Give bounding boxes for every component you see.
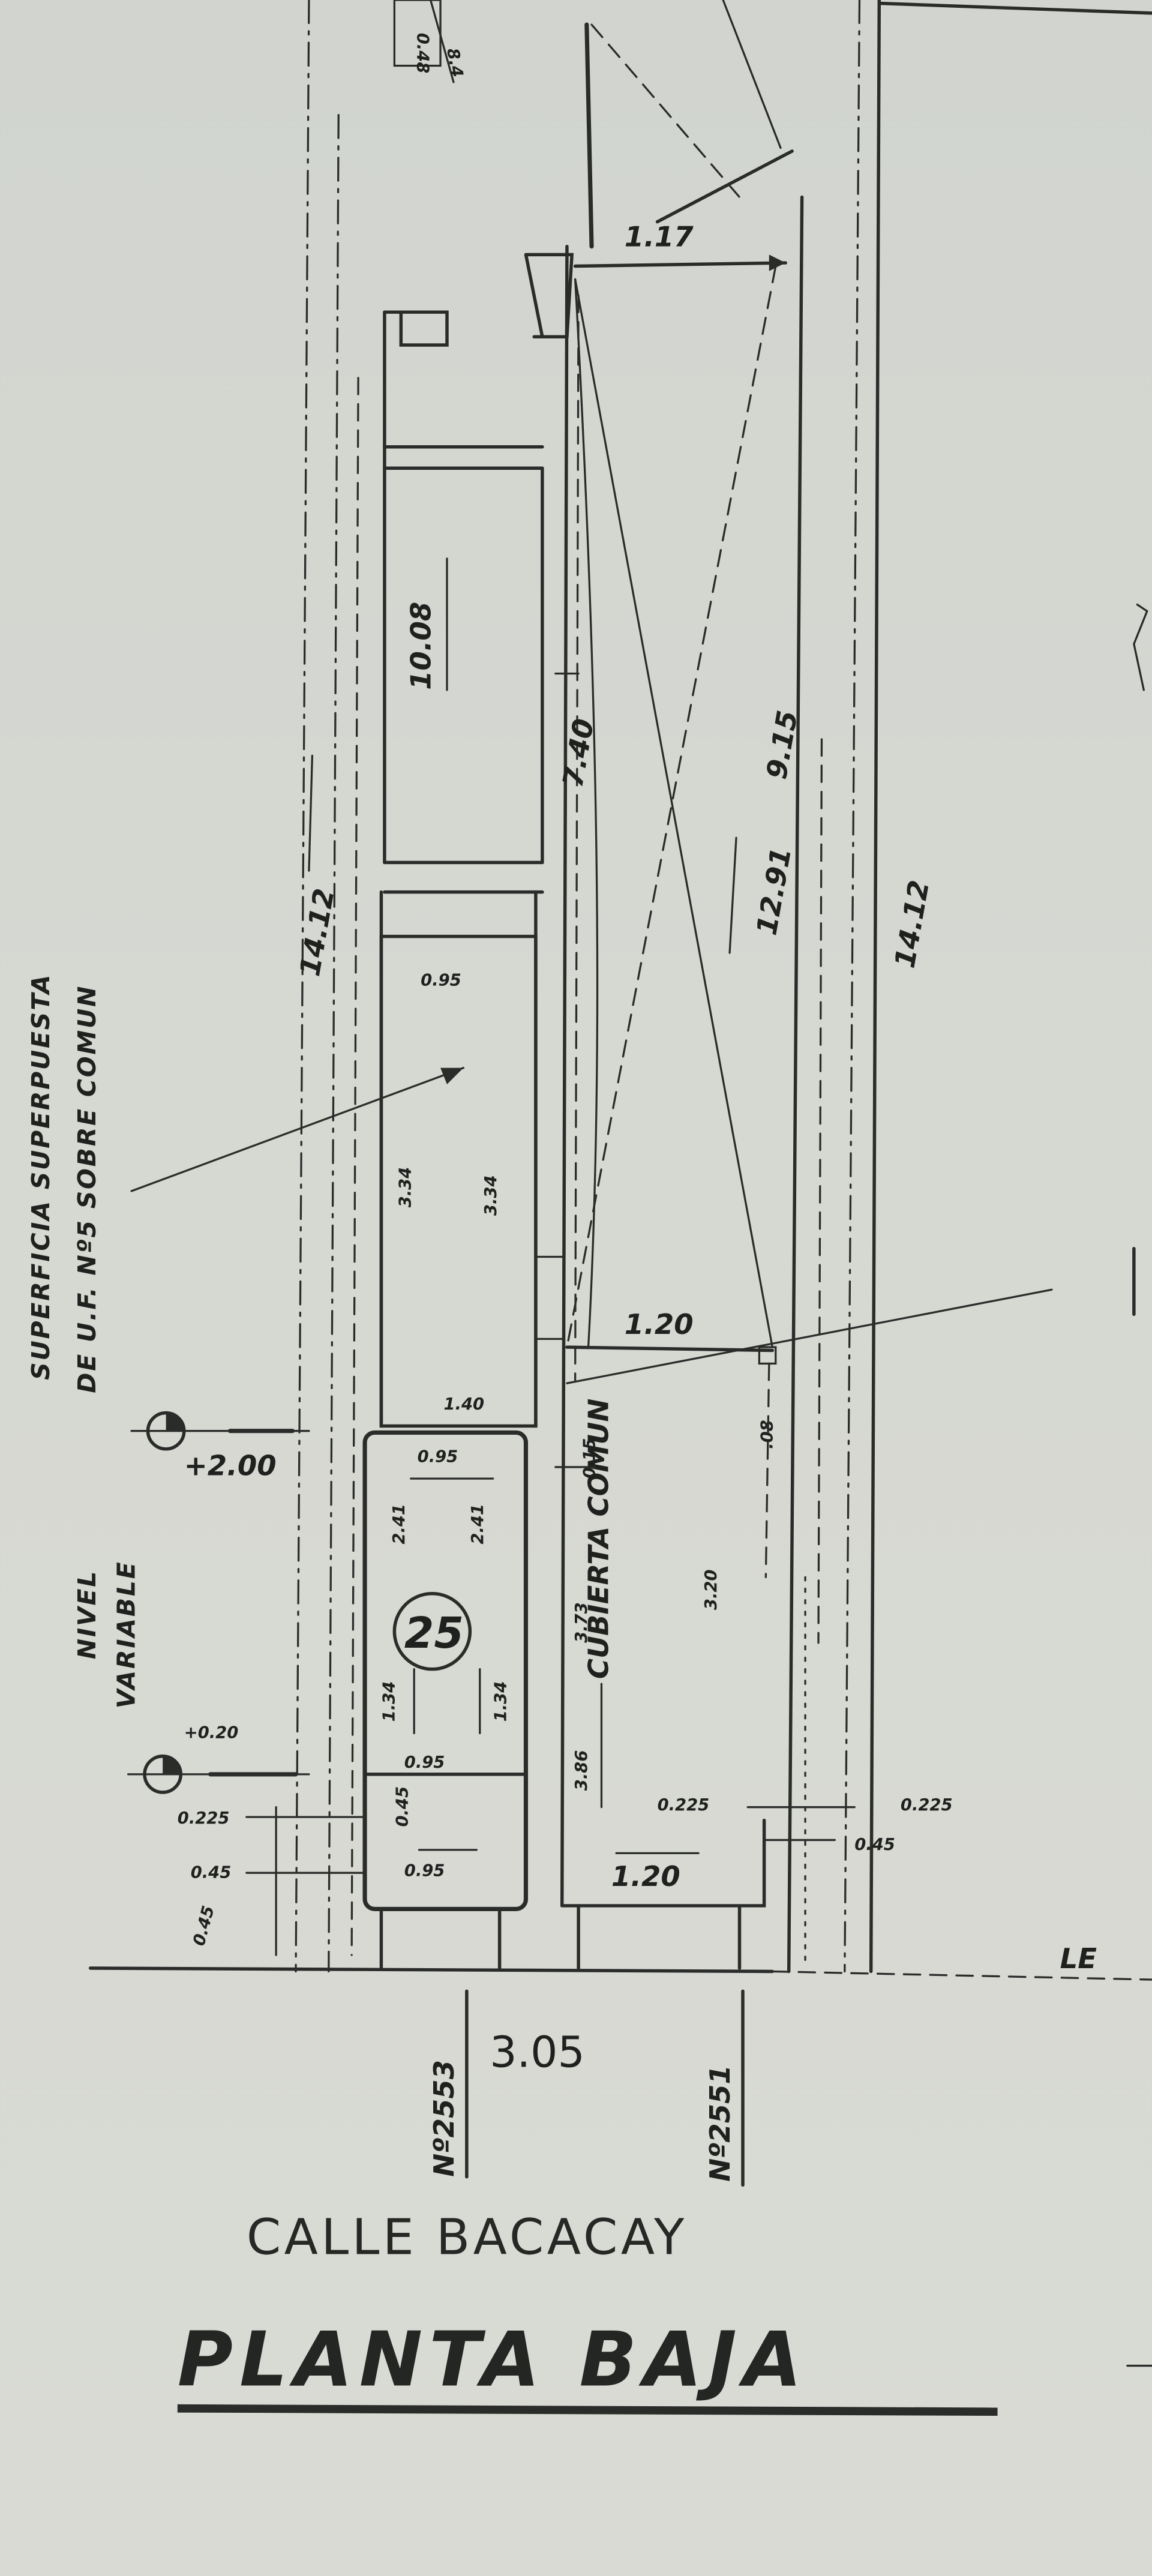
floor-plan-drawing: 0.48 8.4 1.17 10.08: [0, 0, 1152, 2576]
level-lower: +0.20: [184, 1724, 239, 1743]
unit-25: 0.95 2.41 2.41 25 1.34 1.34 0.95 0.45 0.…: [365, 1432, 526, 1968]
level-marker-upper: [131, 1413, 309, 1449]
superpuesta-note-line1: SUPERFICIA SUPERPUESTA: [26, 973, 55, 1380]
dim-hatched-left: 3.34: [397, 1167, 415, 1208]
street-frontage: Nº2553 3.05 Nº2551: [428, 1991, 743, 2185]
dim-right-045: 0.45: [854, 1836, 895, 1854]
level-marker-lower: [128, 1756, 309, 1792]
dim-room-length: 10.08: [405, 602, 437, 690]
dim-right-length: 14.12: [888, 878, 935, 970]
plan-title: PLANTA BAJA: [178, 2315, 808, 2403]
dim-top-rot: 8.4: [443, 47, 466, 79]
nivel-note-line2: VARIABLE: [112, 1561, 141, 1709]
hatched-area: 0.95 3.34 3.34 1.40: [381, 892, 563, 1426]
dim-frontage: 3.05: [490, 2027, 585, 2077]
dim-side-015: 0.15: [580, 1438, 599, 1479]
level-upper: +2.00: [184, 1450, 277, 1482]
street-name: CALLE BACACAY: [247, 2209, 688, 2266]
dim-unit-045: 0.45: [393, 1786, 412, 1827]
superpuesta-note-line2: DE U.F. Nº5 SOBRE COMUN: [73, 985, 101, 1393]
dim-right-0225a: 0.225: [658, 1796, 710, 1815]
dim-left-045: 0.45: [191, 1863, 232, 1882]
dim-top-width: 1.17: [625, 221, 694, 253]
dim-unit-bottom: 0.95: [404, 1753, 445, 1772]
title-underline: [178, 2409, 998, 2412]
property-boundaries: [91, 0, 1152, 1980]
street-number-2553: Nº2553: [428, 2060, 460, 2177]
dim-hatched-top: 0.95: [421, 971, 461, 990]
dim-diag-long: 12.91: [750, 845, 797, 937]
dim-hatched-bottom: 1.40: [444, 1395, 485, 1414]
dim-stair-width: 1.20: [625, 1308, 694, 1341]
dim-passage-length: 7.40: [556, 716, 600, 790]
dim-left-0225: 0.225: [178, 1809, 230, 1828]
unit-number: 25: [404, 1608, 464, 1658]
building-line-marker: LE: [1060, 1942, 1097, 1975]
dim-unit-bottom2: 0.95: [404, 1862, 445, 1881]
top-fragment: 0.48 8.4 1.17: [394, 0, 792, 337]
dim-top-box: 0.48: [413, 33, 432, 74]
common-passage: 7.40 12.91 9.15 1.20 .08 CUBIERTA COMUN …: [556, 247, 1052, 1968]
dim-mid-373: 3.73: [572, 1602, 591, 1643]
dim-right-320: 3.20: [702, 1570, 721, 1611]
dim-right-0225b: 0.225: [901, 1796, 953, 1815]
nivel-note-line1: NIVEL: [73, 1570, 101, 1659]
right-edge-marks: LE: [1060, 605, 1152, 2366]
dim-unit-top: 0.95: [418, 1448, 458, 1467]
dim-left-045b: 0.45: [190, 1904, 218, 1948]
dim-unit-left: 2.41: [390, 1504, 409, 1545]
floor-plan-sheet: 0.48 8.4 1.17 10.08: [0, 0, 1152, 2576]
dim-unit-lower-right: 1.34: [492, 1681, 511, 1722]
dim-entry-width: 1.20: [611, 1860, 680, 1893]
dim-hatched-right: 3.34: [482, 1175, 500, 1216]
dim-mid-386: 3.86: [572, 1750, 591, 1791]
dim-unit-right: 2.41: [469, 1504, 487, 1545]
dim-unit-lower-left: 1.34: [380, 1681, 398, 1722]
street-number-2551: Nº2551: [704, 2065, 736, 2182]
